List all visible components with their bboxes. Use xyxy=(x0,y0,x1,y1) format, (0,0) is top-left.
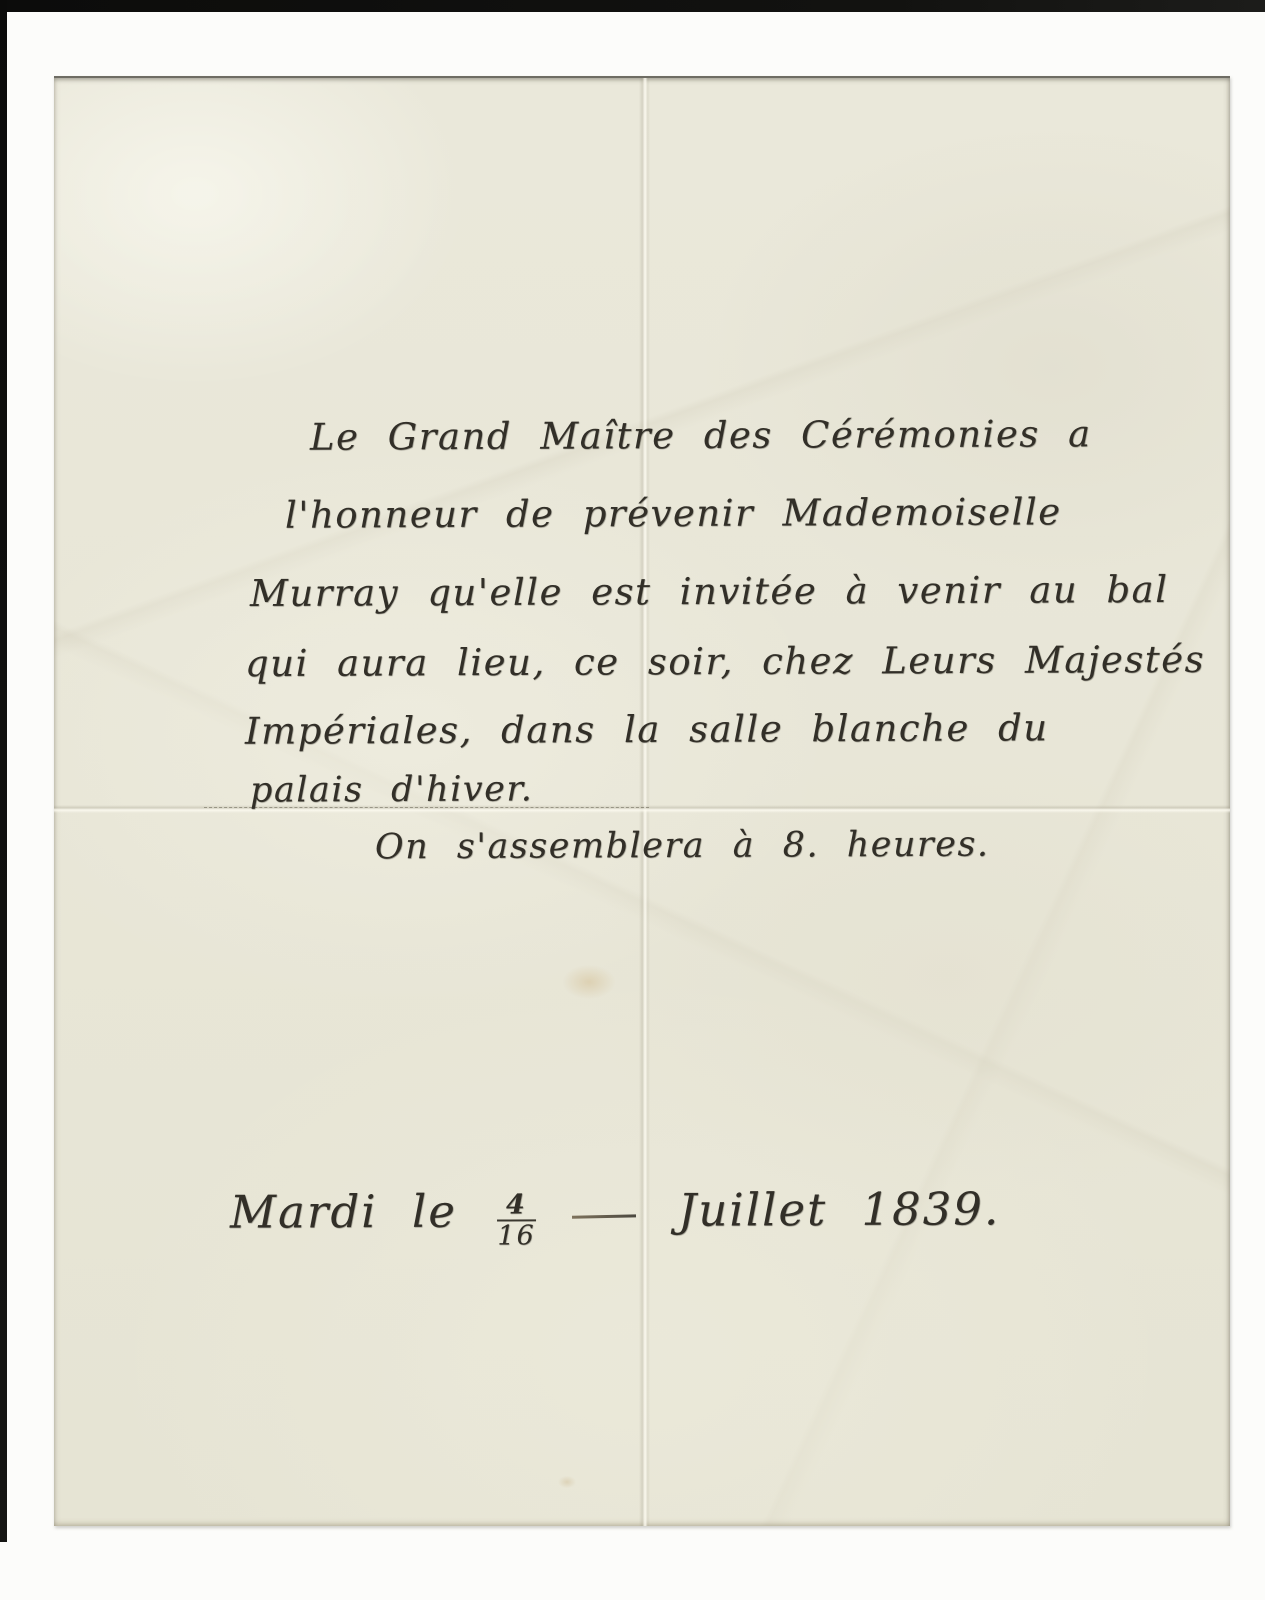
date-fraction-numerator: 4 xyxy=(497,1191,535,1220)
date-day-fraction: 416 xyxy=(497,1191,536,1251)
scanner-frame-left-edge xyxy=(0,0,7,1542)
scanner-frame-top-edge xyxy=(0,0,1265,12)
fraction-bar-extension-stroke xyxy=(572,1214,636,1218)
letter-paper: Le Grand Maître des Cérémonies a l'honne… xyxy=(54,76,1230,1526)
letter-line-5: Impériales, dans la salle blanche du xyxy=(245,706,1049,753)
scanned-letter-page: Le Grand Maître des Cérémonies a l'honne… xyxy=(0,0,1265,1600)
date-suffix: Juillet 1839. xyxy=(678,1182,1000,1236)
letter-line-6: palais d'hiver. xyxy=(250,769,534,810)
paper-stain-small xyxy=(554,1473,580,1491)
letter-line-1: Le Grand Maître des Cérémonies a xyxy=(310,412,1092,458)
date-fraction-denominator: 16 xyxy=(497,1219,535,1251)
letter-line-3: Murray qu'elle est invitée à venir au ba… xyxy=(250,568,1169,615)
letter-line-2: l'honneur de prévenir Mademoiselle xyxy=(285,490,1062,536)
date-prefix: Mardi le xyxy=(230,1185,457,1239)
vertical-fold-crease xyxy=(639,78,650,1526)
paper-stain xyxy=(552,958,626,1006)
assembly-time-line: On s'assemblera à 8. heures. xyxy=(375,825,990,868)
letter-line-4: qui aura lieu, ce soir, chez Leurs Majes… xyxy=(245,638,1205,685)
date-line: Mardi le 416 Juillet 1839. xyxy=(230,1182,1001,1246)
